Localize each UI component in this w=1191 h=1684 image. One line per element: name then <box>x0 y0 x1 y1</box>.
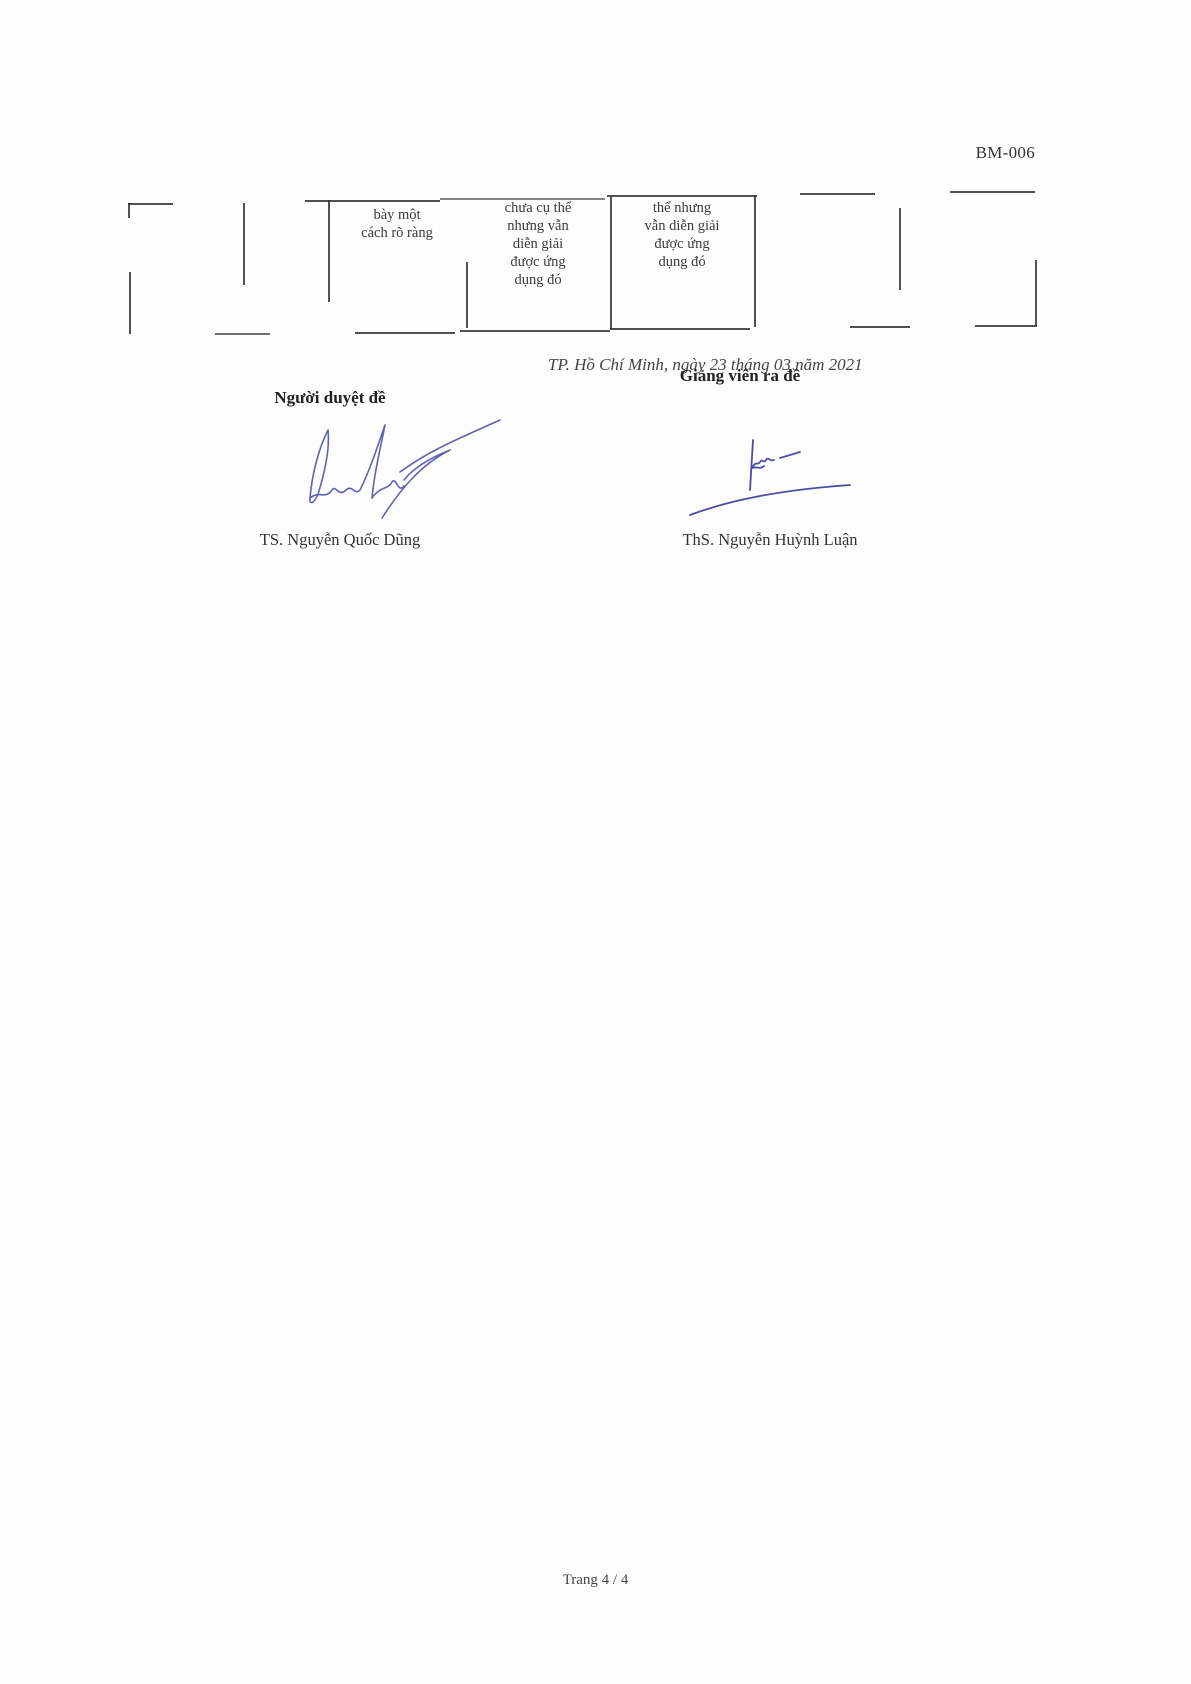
lecturer-title: Giảng viên ra đề <box>620 366 860 386</box>
approver-title: Người duyệt đề <box>230 388 430 408</box>
approver-signature-icon <box>300 420 520 530</box>
table-border <box>215 333 270 335</box>
table-border <box>129 272 131 334</box>
page-number: Trang 4 / 4 <box>0 1572 1191 1589</box>
table-border <box>754 195 756 327</box>
table-border <box>243 203 245 285</box>
lecturer-signature-icon <box>690 430 860 520</box>
table-border <box>610 328 750 330</box>
table-border <box>975 325 1037 327</box>
table-cell: chưa cụ thể nhưng vẫn diễn giải được ứng… <box>466 199 610 289</box>
table-border <box>305 200 440 202</box>
table-border <box>128 203 173 205</box>
form-code: BM-006 <box>976 143 1035 163</box>
table-border <box>460 330 610 332</box>
table-border <box>899 208 901 290</box>
table-cell: thể nhưng vẫn diễn giải được ứng dụng đó <box>610 199 754 271</box>
table-border <box>800 193 875 195</box>
table-cell: bày một cách rõ ràng <box>328 206 466 242</box>
table-border <box>950 191 1035 193</box>
table-border <box>1035 260 1037 326</box>
approver-name: TS. Nguyễn Quốc Dũng <box>190 530 490 550</box>
table-border <box>850 326 910 328</box>
table-border <box>355 332 455 334</box>
lecturer-name: ThS. Nguyễn Huỳnh Luận <box>600 530 940 550</box>
table-border <box>607 195 757 197</box>
table-border <box>128 203 130 218</box>
